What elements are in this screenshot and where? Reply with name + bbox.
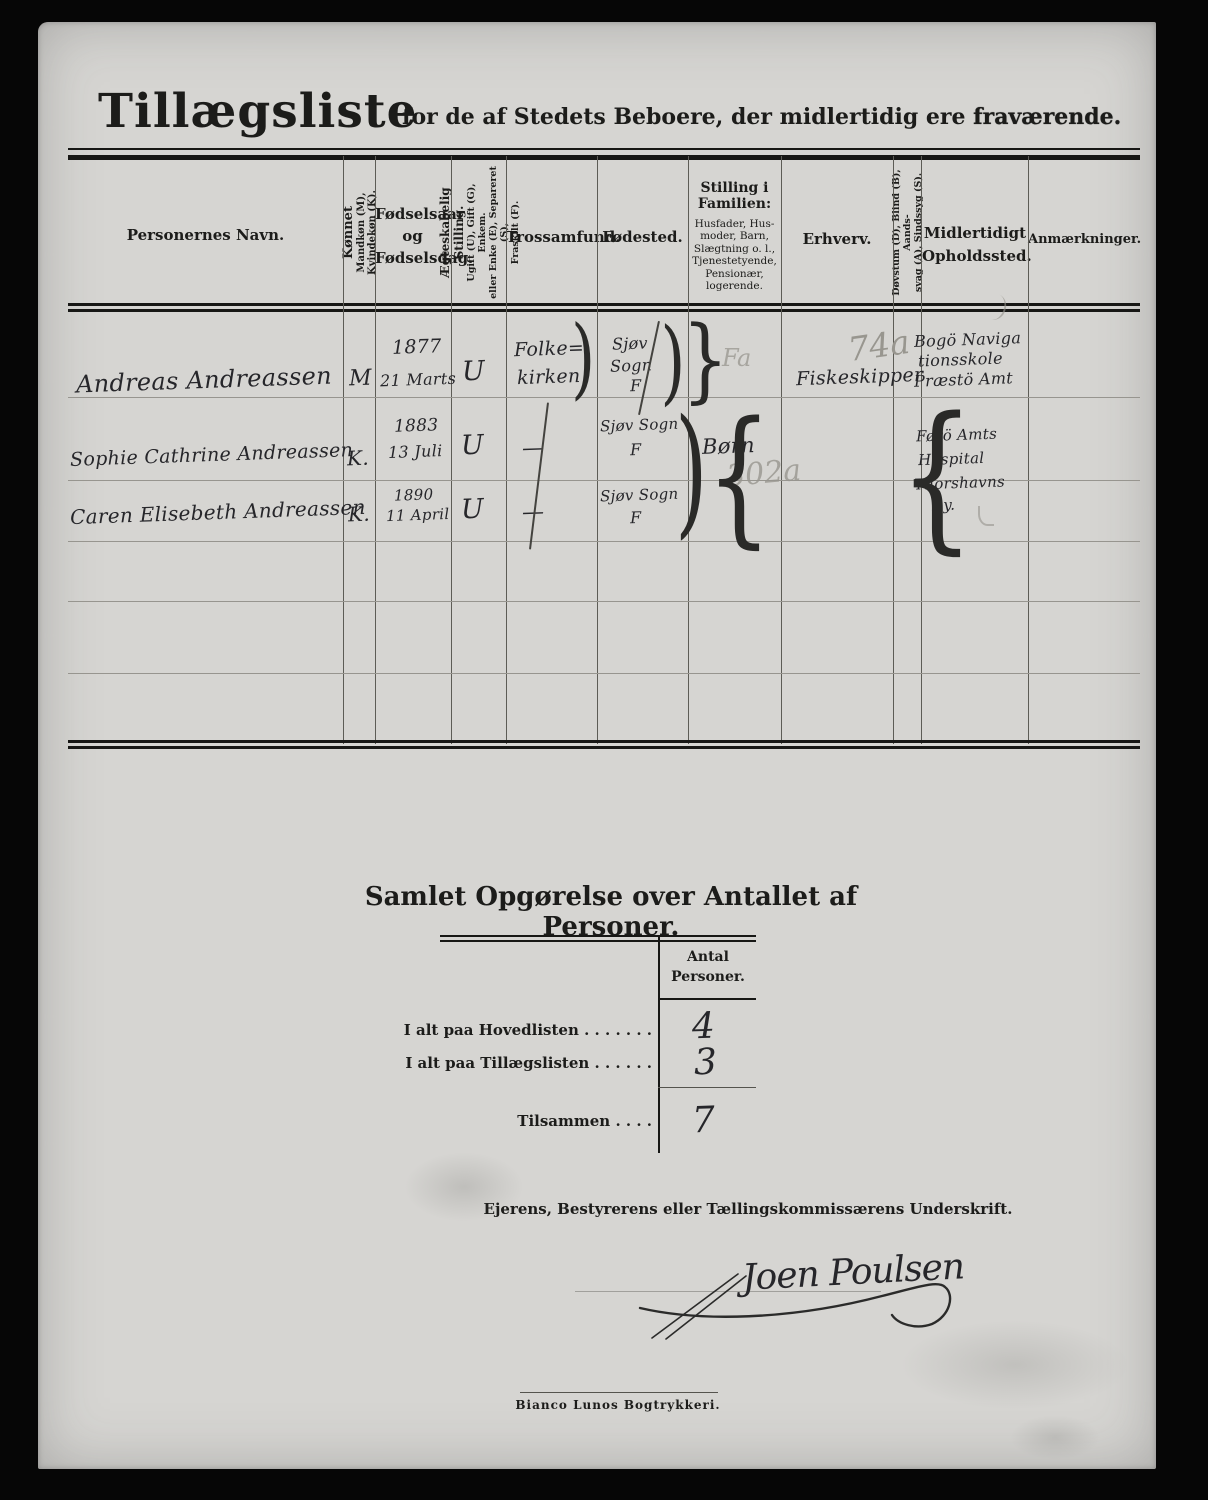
row1-residence-line2: tionsskole	[918, 349, 1003, 371]
table-top-rule	[68, 155, 1140, 160]
summary-row-hovedlisten-dots: . . . . . . .	[584, 1021, 652, 1039]
row3-birthplace-line1: Sjøv Sogn	[600, 485, 679, 506]
pencil-smudge-right	[900, 1320, 1130, 1410]
header-bottom-rule-1	[68, 303, 1140, 306]
summary-row-hovedlisten-label: I alt paa Hovedlisten	[404, 1021, 579, 1039]
footer-rule	[520, 1392, 718, 1393]
row-line-5	[68, 673, 1140, 674]
page-subtitle-text: for de af Stedets Beboere, der midlertid…	[402, 104, 965, 130]
header-disability: Døvstum (D), Blind (B), Aands- svag (A),…	[894, 162, 921, 303]
header-residence: Midlertidigt Opholdssted.	[922, 222, 1028, 267]
row3-sex: K.	[348, 502, 371, 527]
row3-birth-year: 1890	[394, 485, 434, 504]
header-birthplace: Fødested.	[597, 228, 688, 246]
row1-marital: U	[461, 356, 485, 388]
row1-residence-line1: Bogö Naviga	[914, 328, 1022, 351]
header-residence-line1: Midlertidigt	[922, 222, 1028, 245]
row-line-1	[68, 397, 1140, 398]
summary-header-rule	[658, 998, 756, 1000]
summary-row-tillaegslisten: I alt paa Tillægslisten . . . . . .	[380, 1054, 652, 1072]
footer-printer: Bianco Lunos Bogtrykkeri.	[468, 1398, 768, 1412]
row-line-3	[68, 541, 1140, 542]
summary-col-header: Antal Personer.	[660, 948, 756, 987]
summary-subtotal-rule	[658, 1087, 756, 1088]
header-remarks: Anmærkninger.	[1028, 232, 1140, 247]
header-name: Personernes Navn.	[68, 226, 343, 244]
row-line-4	[68, 601, 1140, 602]
header-family-sub4: Tjenestetyende,	[688, 255, 781, 267]
col-line-10	[1028, 156, 1029, 744]
summary-row-tilsammen-label: Tilsammen	[517, 1112, 610, 1130]
header-family-sub1: Husfader, Hus-	[688, 218, 781, 230]
col-line-5	[597, 156, 598, 744]
header-family-title2: Familien:	[688, 196, 781, 212]
row2-birth-year: 1883	[394, 415, 439, 437]
rows23-birthplace-brace: )	[675, 402, 708, 542]
summary-value-tillaegslisten: 3	[693, 1042, 718, 1084]
header-occupation: Erhverv.	[781, 230, 893, 248]
row1-religion-brace: )	[571, 314, 595, 402]
header-family: Stilling i Familien: Husfader, Hus- mode…	[688, 180, 781, 292]
row1-birth-day: 21 Marts	[380, 369, 457, 391]
scanned-census-page: { "page": { "title": "Tillægsliste", "su…	[0, 0, 1208, 1500]
rows23-family-brace: {	[706, 402, 772, 550]
col-line-7	[781, 156, 782, 744]
summary-col-header-line1: Antal	[660, 948, 756, 968]
header-marital: Ægteskabelig Stilling. Ugift (U), Gift (…	[452, 162, 506, 303]
table-bottom-rule-1	[68, 740, 1140, 743]
row1-birthplace-line3: F	[630, 376, 642, 395]
signature-label: Ejerens, Bestyrerens eller Tællingskommi…	[448, 1200, 1048, 1218]
col-line-2	[375, 156, 376, 744]
col-line-4	[506, 156, 507, 744]
row2-marital: U	[460, 430, 484, 462]
signature-flourish	[630, 1262, 975, 1340]
row3-birthplace-line2: F	[630, 508, 642, 527]
header-family-sub5: Pensionær,	[688, 268, 781, 280]
summary-title: Samlet Opgørelse over Antallet af Person…	[300, 882, 922, 942]
col-line-3	[451, 156, 452, 744]
summary-row-tilsammen: Tilsammen . . . .	[380, 1112, 652, 1130]
header-family-sub2: moder, Barn,	[688, 230, 781, 242]
summary-row-tilsammen-dots: . . . .	[615, 1112, 652, 1130]
row2-sex: K.	[347, 446, 370, 471]
summary-top-rule-2	[440, 940, 756, 942]
row2-birthplace-line2: F	[630, 440, 642, 459]
header-religion: Trossamfund.	[506, 228, 597, 246]
rows23-residence-brace: {	[899, 396, 975, 556]
row2-birthplace-line1: Sjøv Sogn	[600, 415, 679, 436]
header-family-sub3: Slægtning o. l.,	[688, 243, 781, 255]
col-line-8	[893, 156, 894, 744]
summary-row-tillaegslisten-dots: . . . . . .	[595, 1054, 652, 1072]
page-title: Tillægsliste	[98, 84, 417, 139]
header-marital-line2: Ugift (U), Gift (G), Enkem.	[466, 162, 488, 303]
pencil-arc-mark-bottom	[978, 506, 994, 526]
row1-sex: M	[349, 366, 373, 392]
title-rule	[68, 148, 1140, 150]
header-disability-line1: Døvstum (D), Blind (B), Aands-	[891, 162, 913, 303]
header-family-title1: Stilling i	[688, 180, 781, 196]
summary-col-header-line2: Personer.	[660, 968, 756, 988]
row3-birth-day: 11 April	[386, 505, 450, 525]
summary-row-hovedlisten: I alt paa Hovedlisten . . . . . . .	[380, 1021, 652, 1039]
header-bottom-rule-2	[68, 309, 1140, 312]
summary-value-tilsammen: 7	[691, 1100, 716, 1142]
row1-birth-year: 1877	[392, 335, 442, 359]
pencil-smudge-corner	[1010, 1415, 1100, 1460]
table-bottom-rule-2	[68, 746, 1140, 749]
row1-birthplace-line1: Sjøv	[612, 333, 648, 353]
pencil-smudge-left	[404, 1152, 524, 1222]
summary-row-tillaegslisten-label: I alt paa Tillægslisten	[405, 1054, 589, 1072]
header-residence-line2: Opholdssted.	[922, 245, 1028, 268]
page-subtitle-bold: fraværende.	[973, 104, 1121, 130]
page-subtitle: for de af Stedets Beboere, der midlertid…	[402, 104, 1121, 130]
row2-birth-day: 13 Juli	[388, 441, 443, 462]
summary-top-rule-1	[440, 935, 756, 937]
header-family-sub6: logerende.	[688, 280, 781, 292]
row3-marital: U	[460, 494, 484, 526]
header-sex: Kønnet Mandkøn (M), Kvindekøn (K).	[344, 162, 375, 303]
